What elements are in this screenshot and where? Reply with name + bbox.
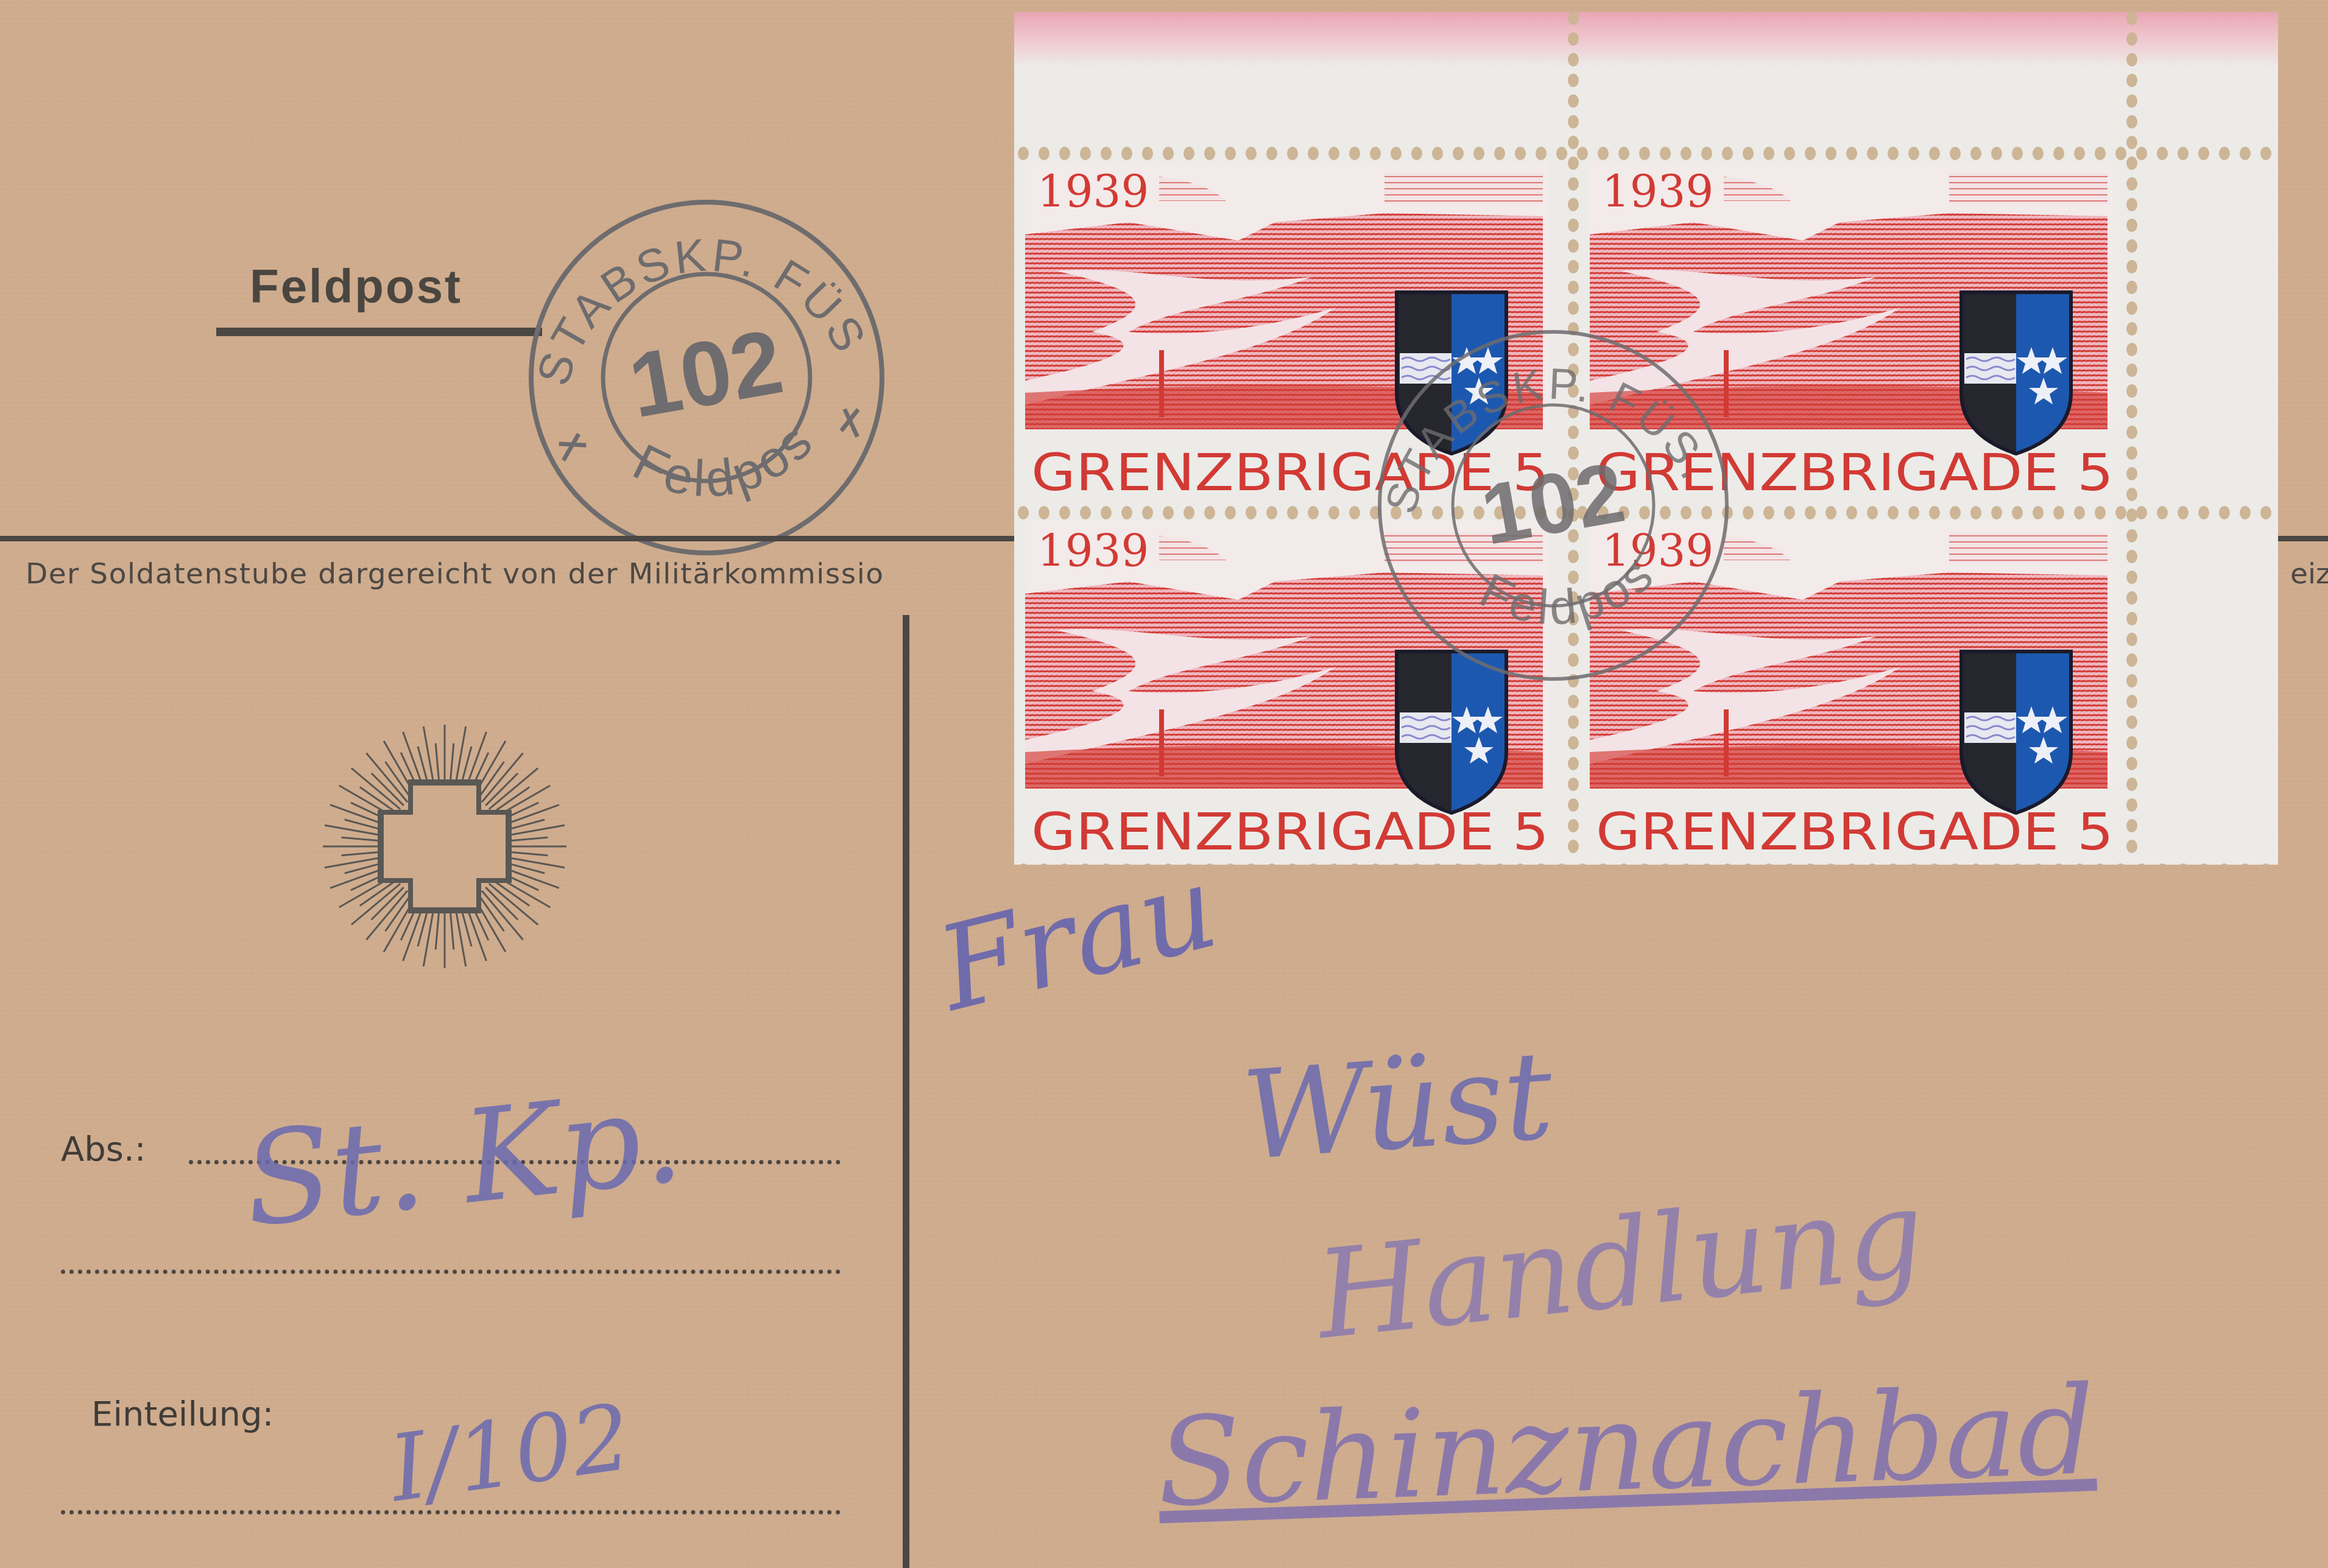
coat-of-arms-icon (1961, 292, 2071, 454)
svg-text:GRENZBRIGADE 5: GRENZBRIGADE 5 (1596, 802, 2114, 862)
feldpost-title: Feldpost (250, 259, 462, 314)
swiss-cross-sunburst-icon (317, 719, 573, 974)
svg-text:102: 102 (622, 310, 790, 437)
cancellation-stamp-icon: STABSKP. FÜS. BAT. Feldpost 102 (524, 195, 889, 560)
coat-of-arms-icon (1961, 652, 2071, 813)
cancellation-stamp-icon: STABSKP. FÜS. BAT. Feldpost 102 (1370, 323, 1736, 688)
svg-text:1939: 1939 (1037, 166, 1149, 217)
unit-label: Einteilung: (91, 1394, 273, 1434)
printed-sponsor-text-end: eiz (2290, 557, 2328, 591)
svg-text:1939: 1939 (1037, 526, 1149, 577)
handwritten-name: Wüst (1238, 1025, 1557, 1188)
svg-text:1939: 1939 (1602, 166, 1713, 217)
svg-text:GRENZBRIGADE 5: GRENZBRIGADE 5 (1031, 802, 1549, 862)
cancellation-stamp-on-stamps: STABSKP. FÜS. BAT. Feldpost 102 (1370, 323, 1736, 688)
sender-label: Abs.: (61, 1130, 146, 1169)
vertical-divider (903, 615, 909, 1568)
title-underline (216, 328, 542, 336)
sender-line-2[interactable] (61, 1270, 841, 1274)
cancellation-stamp-left: STABSKP. FÜS. BAT. Feldpost 102 (524, 195, 889, 560)
svg-text:102: 102 (1475, 444, 1631, 563)
printed-sponsor-text: Der Soldatenstube dargereicht von der Mi… (26, 557, 884, 591)
